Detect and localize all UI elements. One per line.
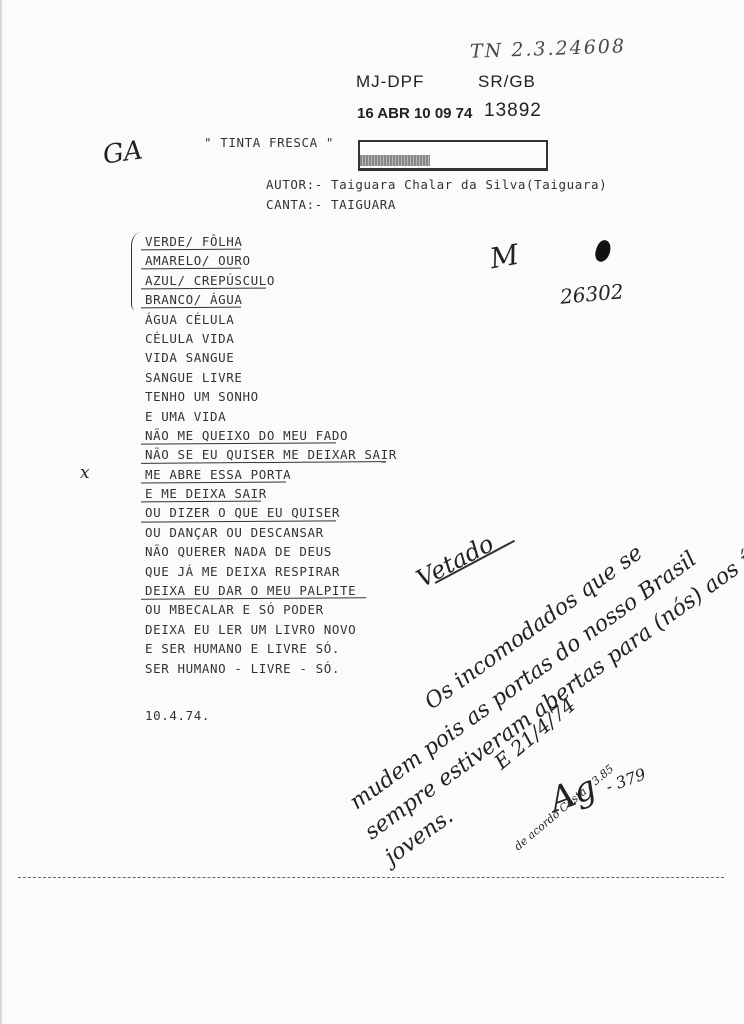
lyric-line: E ME DEIXA SAIR bbox=[145, 484, 397, 503]
lyric-line: QUE JÁ ME DEIXA RESPIRAR bbox=[145, 562, 397, 581]
lyric-line: CÉLULA VIDA bbox=[145, 329, 397, 348]
lyrics-bracket bbox=[131, 232, 142, 310]
lyric-line: OU DIZER O QUE EU QUISER bbox=[145, 503, 397, 522]
lyric-line: SER HUMANO - LIVRE - SÓ. bbox=[145, 659, 397, 678]
stamp-date: 16 ABR 10 09 74 bbox=[357, 105, 472, 122]
lyric-line: OU DANÇAR OU DESCANSAR bbox=[145, 523, 397, 542]
lyric-line: ME ABRE ESSA PORTA bbox=[145, 465, 397, 484]
protocol-reference: TN 2.3.24608 bbox=[470, 35, 627, 62]
verdict-vetado: Vetado bbox=[412, 529, 499, 593]
song-author: AUTOR:- Taiguara Chalar da Silva(Taiguar… bbox=[266, 177, 607, 192]
lyric-line: VERDE/ FÔLHA bbox=[145, 232, 397, 251]
x-mark: x bbox=[80, 463, 90, 483]
agency-label: MJ-DPF bbox=[356, 72, 424, 92]
lyric-line: DEIXA EU DAR O MEU PALPITE bbox=[145, 581, 397, 600]
censor-note-line: mudem pois as portas do nosso Brasil bbox=[345, 547, 701, 815]
lyric-line: NÃO ME QUEIXO DO MEU FADO bbox=[145, 426, 397, 445]
song-singer: CANTA:- TAIGUARA bbox=[266, 197, 396, 212]
handwritten-number: 26302 bbox=[559, 279, 624, 308]
lyric-line: SANGUE LIVRE bbox=[145, 368, 397, 387]
page-edge bbox=[0, 0, 2, 1024]
lyric-line: TENHO UM SONHO bbox=[145, 387, 397, 406]
lyric-line: NÃO SE EU QUISER ME DEIXAR SAIR bbox=[145, 445, 397, 464]
lyric-line: AMARELO/ OURO bbox=[145, 251, 397, 270]
lyric-line: NÃO QUERER NADA DE DEUS bbox=[145, 542, 397, 561]
lyric-line: OU MBECALAR E SÓ PODER bbox=[145, 600, 397, 619]
lyric-line: E UMA VIDA bbox=[145, 407, 397, 426]
typed-date: 10.4.74. bbox=[145, 708, 210, 723]
lyrics-block: VERDE/ FÔLHA AMARELO/ OURO AZUL/ CREPÚSC… bbox=[145, 232, 397, 678]
ink-blot bbox=[593, 238, 614, 263]
stamp-number: 13892 bbox=[484, 100, 542, 122]
stamp-box-shading bbox=[360, 155, 430, 166]
lyric-line: BRANCO/ ÁGUA bbox=[145, 290, 397, 309]
bottom-rule bbox=[18, 877, 724, 878]
lyric-line: ÁGUA CÉLULA bbox=[145, 310, 397, 329]
lyric-line: AZUL/ CREPÚSCULO bbox=[145, 271, 397, 290]
section-label: SR/GB bbox=[478, 72, 536, 92]
lyric-line: VIDA SANGUE bbox=[145, 348, 397, 367]
initials-right: M bbox=[487, 238, 521, 275]
song-title: " TINTA FRESCA " bbox=[204, 135, 334, 150]
lyric-line: E SER HUMANO E LIVRE SÓ. bbox=[145, 639, 397, 658]
initials-left: GA bbox=[101, 135, 144, 170]
lyric-line: DEIXA EU LER UM LIVRO NOVO bbox=[145, 620, 397, 639]
